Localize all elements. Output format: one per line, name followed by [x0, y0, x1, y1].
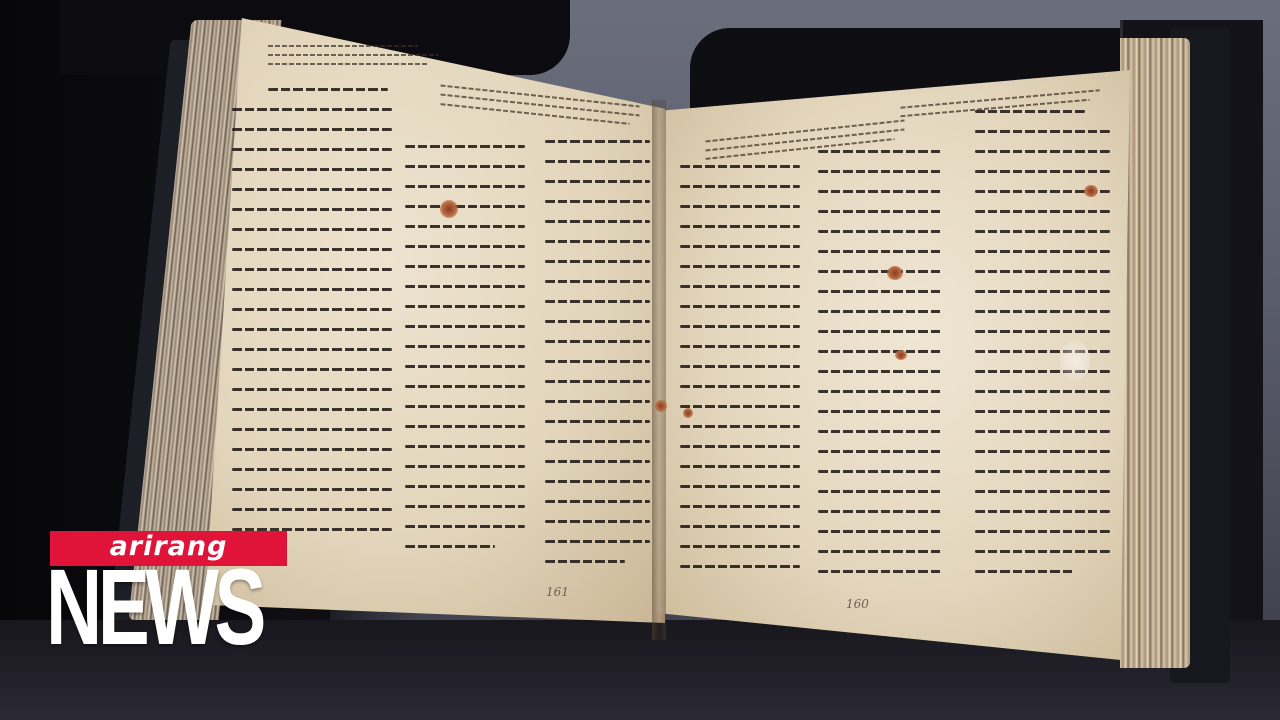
parchment-stain	[887, 266, 903, 280]
news-title: NEWS	[46, 560, 222, 654]
parchment-stain	[440, 200, 458, 218]
book-gutter	[652, 100, 666, 640]
parchment-stain	[1084, 185, 1098, 197]
left-page-column-1	[232, 88, 392, 548]
parchment-stain	[655, 400, 667, 412]
page-edges-right	[1120, 38, 1190, 668]
left-page-column-2	[405, 145, 525, 565]
parchment-stain	[683, 408, 693, 418]
right-page-column-1	[680, 165, 800, 585]
right-page-column-2	[818, 150, 943, 590]
right-page-column-3	[975, 110, 1110, 590]
right-page-number: 160	[846, 597, 869, 611]
light-glare	[1060, 340, 1090, 380]
parchment-stain	[895, 350, 907, 360]
left-page-number: 161	[546, 585, 569, 599]
left-page-column-3	[545, 140, 650, 580]
